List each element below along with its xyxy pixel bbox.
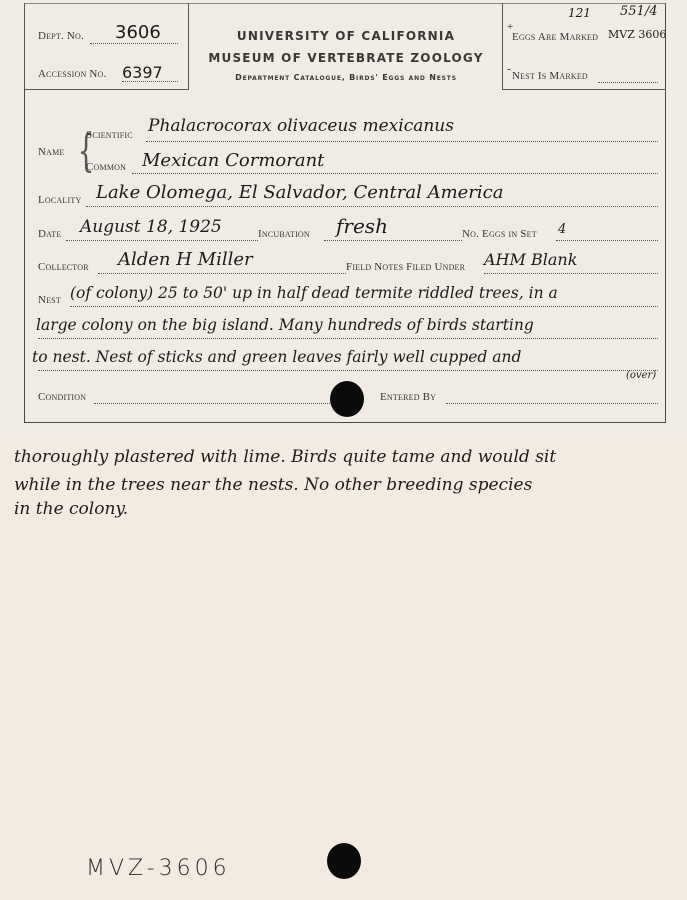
common-label: Common — [86, 161, 126, 173]
eggs-in-set-label: No. Eggs in Set — [462, 228, 537, 240]
locality-dots — [86, 206, 658, 207]
dept-dots — [90, 43, 178, 44]
condition-dots — [94, 403, 330, 404]
eggs-marked-value: MVZ 3606 — [608, 28, 666, 41]
scientific-dots — [146, 141, 658, 142]
scientific-label: Scientific — [86, 129, 133, 141]
locality-value: Lake Olomega, El Salvador, Central Ameri… — [96, 182, 503, 203]
nest-dots-2 — [38, 338, 658, 339]
incubation-label: Incubation — [258, 228, 310, 240]
collector-label: Collector — [38, 261, 89, 273]
field-notes-label: Field Notes Filed Under — [346, 261, 465, 273]
field-notes-dots — [484, 273, 658, 274]
locality-label: Locality — [38, 194, 81, 206]
corner-note-left: 121 — [568, 6, 591, 20]
header-university: UNIVERSITY OF CALIFORNIA — [190, 29, 502, 43]
scientific-name: Phalacrocorax olivaceus mexicanus — [148, 116, 454, 136]
nest-label: Nest — [38, 294, 61, 306]
entered-by-dots — [446, 403, 658, 404]
date-dots — [66, 240, 258, 241]
nest-marked-dots — [598, 82, 658, 83]
common-dots — [132, 173, 658, 174]
over-note: (over) — [626, 370, 656, 381]
condition-label: Condition — [38, 391, 86, 403]
eggs-in-set-value: 4 — [558, 222, 566, 237]
back-line-3: in the colony. — [14, 499, 128, 519]
entered-by-label: Entered By — [380, 391, 436, 403]
accession-number: 6397 — [122, 63, 163, 82]
header-department: Department Catalogue, Birds' Eggs and Ne… — [190, 73, 502, 82]
date-label: Date — [38, 228, 61, 240]
incubation-value: fresh — [336, 214, 388, 238]
nest-line-3: to nest. Nest of sticks and green leaves… — [32, 348, 521, 366]
eggs-in-set-dots — [556, 240, 658, 241]
corner-note-right: 551/4 — [620, 4, 657, 19]
collector-value: Alden H Miller — [118, 249, 253, 270]
date-value: August 18, 1925 — [80, 217, 222, 237]
nest-line-1: (of colony) 25 to 50' up in half dead te… — [70, 284, 558, 302]
header-museum: MUSEUM OF VERTEBRATE ZOOLOGY — [190, 51, 502, 65]
nest-marked-minus: - — [507, 63, 511, 75]
catalog-id: MVZ-3606 — [86, 856, 231, 881]
nest-dots-3 — [38, 370, 658, 371]
common-name: Mexican Cormorant — [142, 150, 324, 171]
card-front: Dept. No. 3606 Accession No. 6397 UNIVER… — [0, 0, 687, 437]
collector-dots — [98, 273, 346, 274]
field-notes-value: AHM Blank — [484, 250, 577, 269]
nest-line-2: large colony on the big island. Many hun… — [36, 316, 534, 334]
nest-marked-label: Nest Is Marked — [512, 70, 588, 82]
back-line-2: while in the trees near the nests. No ot… — [14, 475, 532, 495]
incubation-dots — [324, 240, 462, 241]
card-back: thoroughly plastered with lime. Birds qu… — [0, 437, 687, 900]
nest-dots-1 — [70, 306, 658, 307]
dept-number: 3606 — [115, 22, 161, 43]
back-line-1: thoroughly plastered with lime. Birds qu… — [14, 447, 556, 467]
punch-hole-back — [327, 843, 361, 879]
eggs-marked-label: Eggs Are Marked — [512, 31, 598, 43]
name-label: Name — [38, 146, 65, 158]
punch-hole-front — [330, 381, 364, 417]
accession-label: Accession No. — [38, 68, 106, 80]
dept-label: Dept. No. — [38, 30, 84, 42]
